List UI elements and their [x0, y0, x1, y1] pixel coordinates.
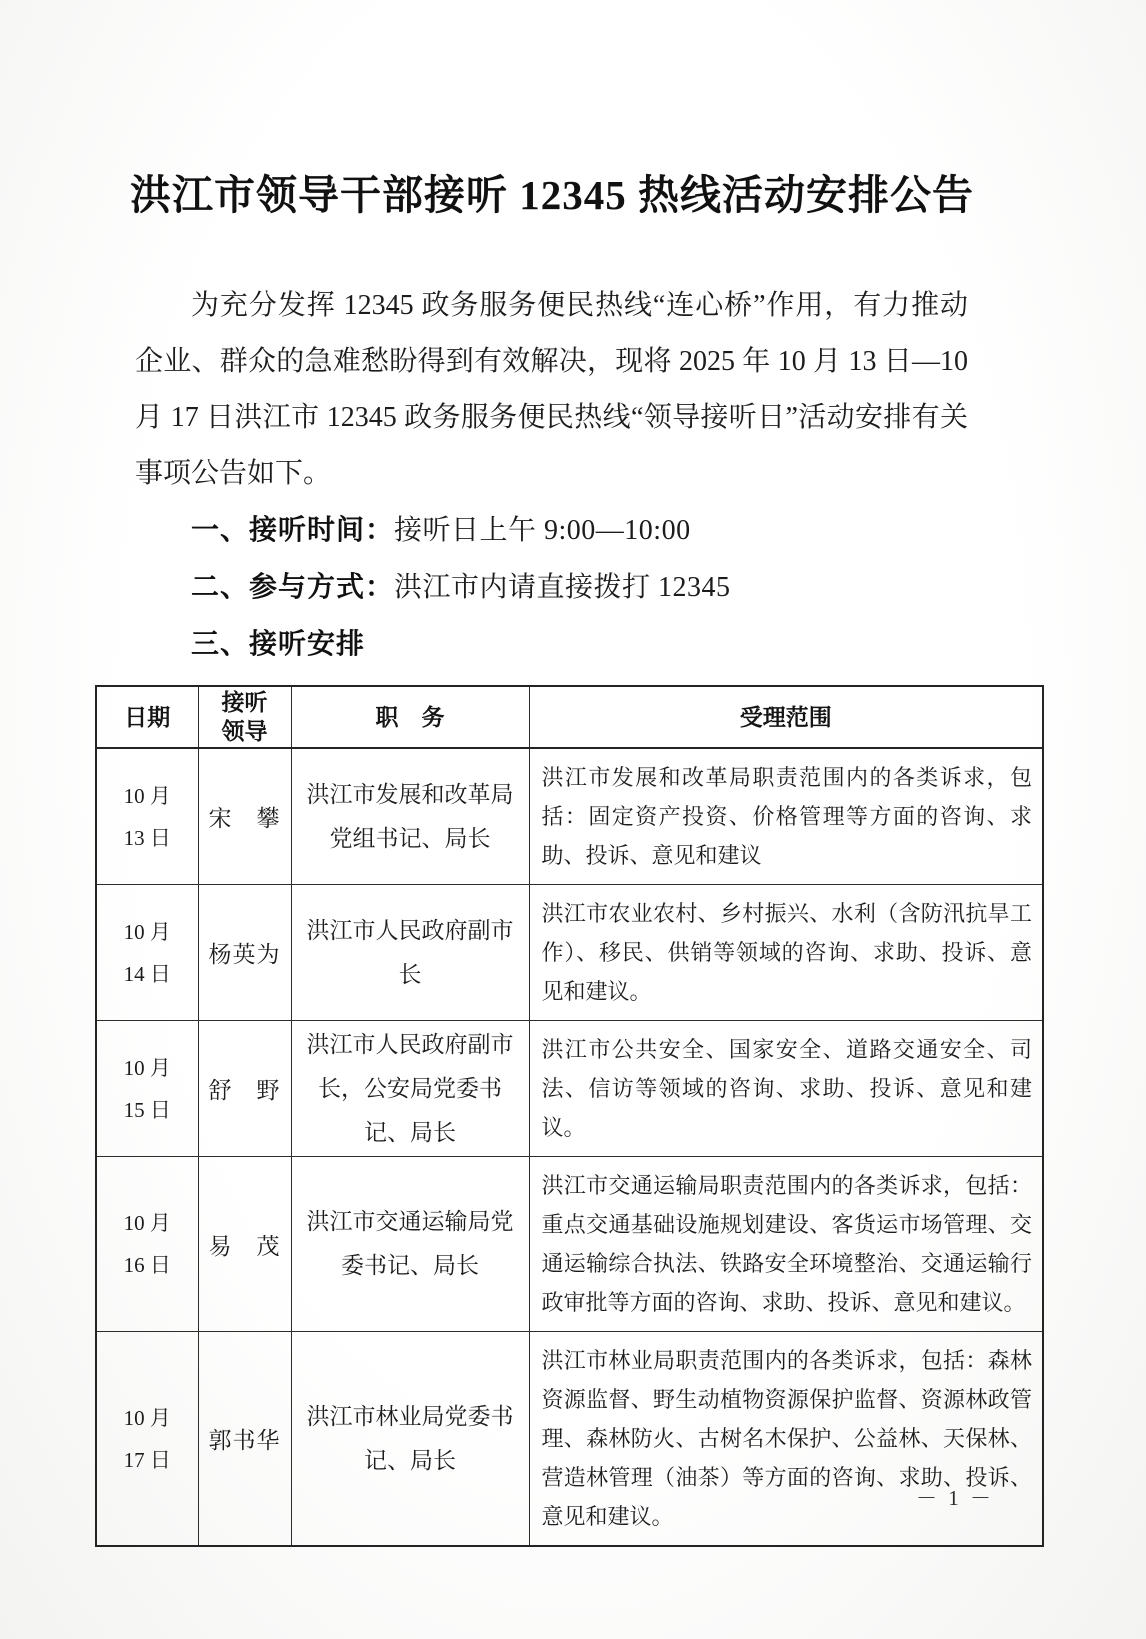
position-cell: 洪江市发展和改革局党组书记、局长	[291, 748, 529, 885]
leader-cell: 杨英为	[198, 885, 291, 1021]
leader-cell: 郭书华	[198, 1332, 291, 1547]
date-cell: 10 月 15 日	[96, 1021, 198, 1157]
col-header-scope: 受理范围	[529, 686, 1043, 748]
table-header-row: 日期 接听 领导 职 务 受理范围	[96, 686, 1043, 748]
position-cell: 洪江市人民政府副市长	[291, 885, 529, 1021]
item-participation-text: 洪江市内请直接拨打 12345	[394, 572, 731, 603]
doc-title: 洪江市领导干部接听 12345 热线活动安排公告	[128, 0, 976, 220]
item-listen-time-text: 接听日上午 9:00—10:00	[394, 515, 691, 546]
item-participation: 二、参与方式：洪江市内请直接拨打 12345	[135, 559, 968, 616]
scope-cell: 洪江市公共安全、国家安全、道路交通安全、司法、信访等领域的咨询、求助、投诉、意见…	[529, 1021, 1043, 1157]
page-number: － 1 －	[916, 1482, 994, 1512]
item-schedule-heading-label: 三、接听安排	[191, 628, 365, 659]
table-row: 10 月 17 日 郭书华 洪江市林业局党委书记、局长 洪江市林业局职责范围内的…	[96, 1332, 1043, 1547]
leader-cell: 舒 野	[198, 1021, 291, 1157]
intro-paragraph: 为充分发挥 12345 政务服务便民热线“连心桥”作用，有力推动企业、群众的急难…	[135, 278, 968, 502]
item-participation-label: 二、参与方式：	[191, 571, 394, 602]
document-page: 洪江市领导干部接听 12345 热线活动安排公告 为充分发挥 12345 政务服…	[0, 0, 1146, 1639]
table-row: 10 月 16 日 易 茂 洪江市交通运输局党委书记、局长 洪江市交通运输局职责…	[96, 1157, 1043, 1332]
item-schedule-heading: 三、接听安排	[135, 616, 968, 673]
table-row: 10 月 15 日 舒 野 洪江市人民政府副市长，公安局党委书记、局长 洪江市公…	[96, 1021, 1043, 1157]
item-listen-time: 一、接听时间：接听日上午 9:00—10:00	[135, 502, 968, 559]
scope-cell: 洪江市林业局职责范围内的各类诉求，包括：森林资源监督、野生动植物资源保护监督、资…	[529, 1332, 1043, 1547]
doc-body: 为充分发挥 12345 政务服务便民热线“连心桥”作用，有力推动企业、群众的急难…	[135, 278, 968, 673]
date-cell: 10 月 16 日	[96, 1157, 198, 1332]
date-cell: 10 月 17 日	[96, 1332, 198, 1547]
date-cell: 10 月 14 日	[96, 885, 198, 1021]
position-cell: 洪江市人民政府副市长，公安局党委书记、局长	[291, 1021, 529, 1157]
col-header-position: 职 务	[291, 686, 529, 748]
col-header-leader: 接听 领导	[198, 686, 291, 748]
table-row: 10 月 14 日 杨英为 洪江市人民政府副市长 洪江市农业农村、乡村振兴、水利…	[96, 885, 1043, 1021]
position-cell: 洪江市交通运输局党委书记、局长	[291, 1157, 529, 1332]
scope-cell: 洪江市农业农村、乡村振兴、水利（含防汛抗旱工作）、移民、供销等领域的咨询、求助、…	[529, 885, 1043, 1021]
position-cell: 洪江市林业局党委书记、局长	[291, 1332, 529, 1547]
date-cell: 10 月 13 日	[96, 748, 198, 885]
table-row: 10 月 13 日 宋 攀 洪江市发展和改革局党组书记、局长 洪江市发展和改革局…	[96, 748, 1043, 885]
schedule-table: 日期 接听 领导 职 务 受理范围 10 月 13 日 宋 攀 洪江市发展和改革…	[95, 685, 1044, 1547]
leader-cell: 易 茂	[198, 1157, 291, 1332]
col-header-date: 日期	[96, 686, 198, 748]
leader-cell: 宋 攀	[198, 748, 291, 885]
scope-cell: 洪江市交通运输局职责范围内的各类诉求，包括：重点交通基础设施规划建设、客货运市场…	[529, 1157, 1043, 1332]
scope-cell: 洪江市发展和改革局职责范围内的各类诉求，包括：固定资产投资、价格管理等方面的咨询…	[529, 748, 1043, 885]
item-listen-time-label: 一、接听时间：	[191, 514, 394, 545]
